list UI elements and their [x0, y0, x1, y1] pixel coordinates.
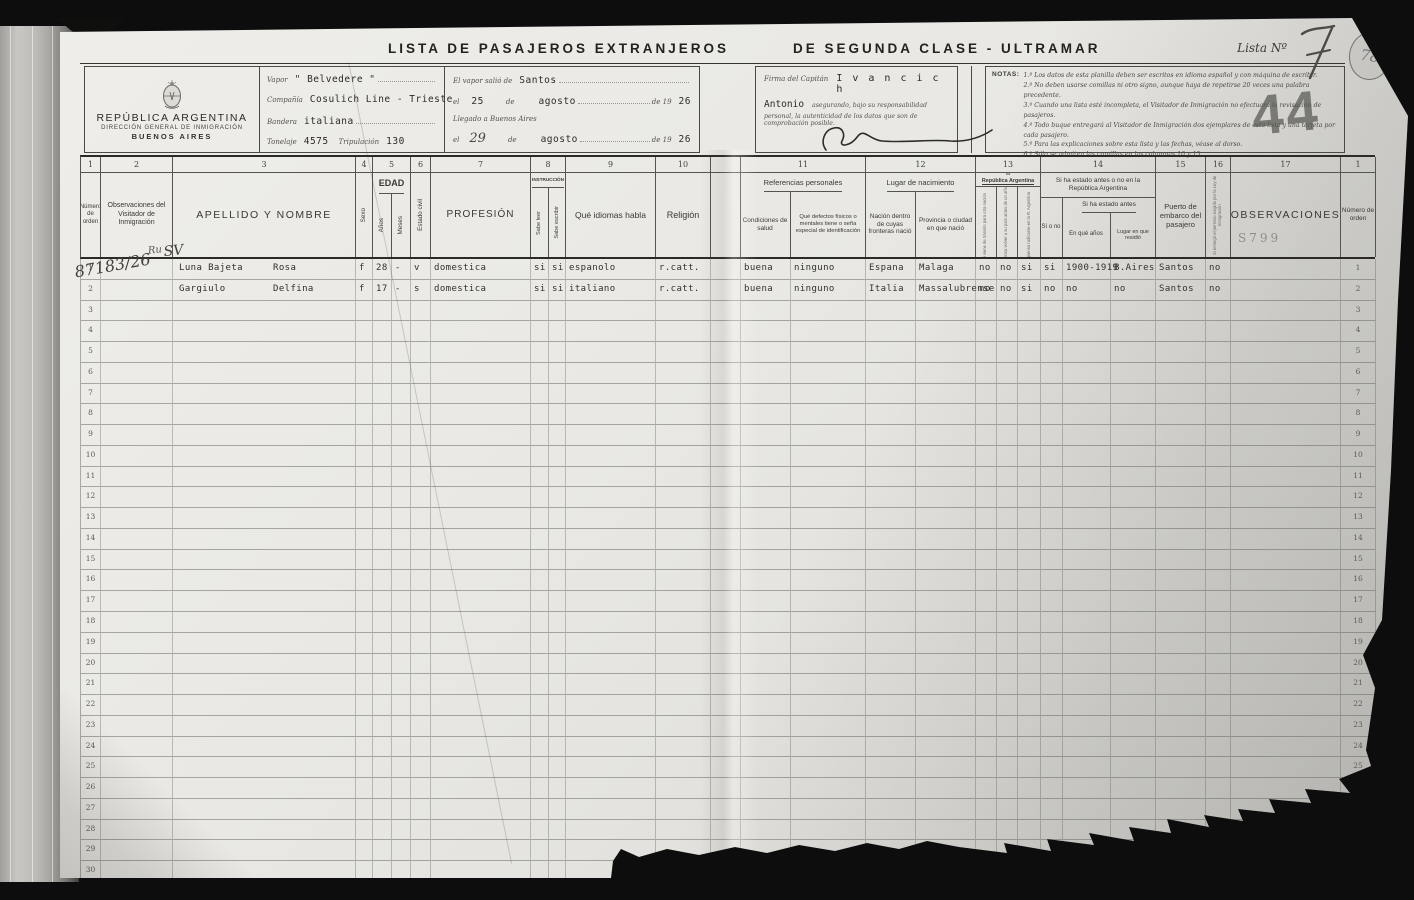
cell-lugar_resid — [1111, 550, 1156, 571]
cell-defectos — [791, 695, 866, 716]
cell-observaciones — [1231, 820, 1341, 841]
cell-c16 — [1206, 820, 1231, 841]
cell-order: 27 — [81, 799, 101, 820]
cell-p2 — [997, 467, 1018, 488]
cell-c16 — [1206, 570, 1231, 591]
cell-nacion — [866, 840, 916, 861]
cell-observaciones — [1231, 487, 1341, 508]
cell-nacion — [866, 737, 916, 758]
cell-meses — [392, 446, 411, 467]
cell-sexo — [356, 840, 373, 861]
cell-en_anos — [1063, 695, 1111, 716]
cell-profesion — [431, 695, 531, 716]
cell-lee — [531, 384, 549, 405]
cell-order2: 4 — [1341, 321, 1376, 342]
cell-nombre: Luna BajetaRosa — [173, 259, 356, 280]
cell-salud — [741, 550, 791, 571]
column-header-row: Número de orden Observaciones del Visita… — [80, 173, 1375, 259]
cell-obs — [101, 757, 173, 778]
cell-p1 — [976, 384, 997, 405]
cell-p3 — [1018, 591, 1041, 612]
cell-idiomas — [566, 446, 656, 467]
cell-profesion — [431, 716, 531, 737]
cell-escribe — [549, 321, 566, 342]
cell-p3 — [1018, 446, 1041, 467]
cell-idiomas — [566, 467, 656, 488]
cell-meses — [392, 778, 411, 799]
cell-p2 — [997, 342, 1018, 363]
cell-p2 — [997, 612, 1018, 633]
cell-meses — [392, 591, 411, 612]
cell-p3 — [1018, 404, 1041, 425]
cell-order: 20 — [81, 654, 101, 675]
cell-en_anos — [1063, 363, 1111, 384]
col-num-fold — [711, 157, 741, 173]
cell-observaciones — [1231, 363, 1341, 384]
cell-escribe — [549, 467, 566, 488]
cell-order2: 13 — [1341, 508, 1376, 529]
cell-order2: 2 — [1341, 280, 1376, 301]
cell-meses — [392, 384, 411, 405]
cell-p3 — [1018, 778, 1041, 799]
cell-order: 23 — [81, 716, 101, 737]
el-label-2: el — [453, 136, 459, 144]
lista-number-label: Lista Nº — [1237, 41, 1287, 55]
cell-lee — [531, 446, 549, 467]
cell-idiomas: italiano — [566, 280, 656, 301]
cell-lugar_resid — [1111, 384, 1156, 405]
cell-salud — [741, 591, 791, 612]
cell-c16 — [1206, 321, 1231, 342]
cell-nombre — [173, 342, 356, 363]
cell-p2 — [997, 363, 1018, 384]
cell-c16 — [1206, 695, 1231, 716]
cell-sexo — [356, 529, 373, 550]
cell-p1 — [976, 508, 997, 529]
cell-nacion — [866, 487, 916, 508]
cell-nacion — [866, 363, 916, 384]
cell-profesion — [431, 363, 531, 384]
cell-sexo — [356, 342, 373, 363]
cell-anos — [373, 301, 392, 322]
cell-en_anos — [1063, 820, 1111, 841]
cell-idiomas — [566, 612, 656, 633]
cell-profesion — [431, 487, 531, 508]
captain-resp1: asegurando, bajo su responsabilidad — [812, 102, 927, 109]
cell-estado — [411, 633, 431, 654]
cell-profesion — [431, 861, 531, 882]
cell-nacion — [866, 820, 916, 841]
captain-surname: I v a n c i c h — [836, 73, 949, 95]
cell-meses — [392, 840, 411, 861]
cell-estado — [411, 820, 431, 841]
cell-p2: no — [997, 280, 1018, 301]
cell-anos — [373, 799, 392, 820]
cell-estuvo — [1041, 570, 1063, 591]
cell-c16 — [1206, 363, 1231, 384]
cell-en_anos — [1063, 487, 1111, 508]
cell-defectos — [791, 778, 866, 799]
org-city: BUENOS AIRES — [132, 132, 213, 141]
cell-anos — [373, 695, 392, 716]
cell-order2: 25 — [1341, 757, 1376, 778]
cell-escribe — [549, 612, 566, 633]
cell-anos — [373, 654, 392, 675]
cell-p2 — [997, 674, 1018, 695]
cell-c16 — [1206, 654, 1231, 675]
cell-nacion — [866, 384, 916, 405]
cell-defectos: ninguno — [791, 259, 866, 280]
cell-sexo — [356, 301, 373, 322]
llegada-day-handwritten: 29 — [469, 131, 486, 146]
cell-order2: 8 — [1341, 404, 1376, 425]
col-num: 10 — [656, 157, 711, 173]
cell-idiomas — [566, 716, 656, 737]
table-row: 1Luna BajetaRosaf28-vdomesticasisiespano… — [81, 259, 1375, 280]
cell-meses — [392, 820, 411, 841]
cell-anos — [373, 529, 392, 550]
cell-p2 — [997, 404, 1018, 425]
compania-label: Compañía — [267, 96, 303, 104]
de-label-2: de — [508, 136, 517, 144]
cell-fold — [711, 799, 741, 820]
cell-provincia — [916, 342, 976, 363]
cell-salud — [741, 861, 791, 882]
cell-escribe — [549, 508, 566, 529]
cell-nacion — [866, 425, 916, 446]
cell-meses — [392, 654, 411, 675]
cell-p1 — [976, 612, 997, 633]
cell-c16 — [1206, 861, 1231, 882]
cell-escribe — [549, 301, 566, 322]
cell-lugar_resid — [1111, 591, 1156, 612]
cell-escribe — [549, 654, 566, 675]
cell-idiomas — [566, 508, 656, 529]
cell-idiomas — [566, 778, 656, 799]
cell-obs — [101, 446, 173, 467]
cell-order: 24 — [81, 737, 101, 758]
cell-nacion — [866, 674, 916, 695]
cell-c16 — [1206, 737, 1231, 758]
cell-profesion — [431, 737, 531, 758]
cell-salud — [741, 570, 791, 591]
cell-p1 — [976, 363, 997, 384]
cell-p2 — [997, 820, 1018, 841]
cell-p3 — [1018, 529, 1041, 550]
cell-lee — [531, 467, 549, 488]
cell-estado — [411, 363, 431, 384]
cell-puerto — [1156, 716, 1206, 737]
cell-profesion — [431, 570, 531, 591]
cell-estuvo — [1041, 446, 1063, 467]
cell-escribe — [549, 487, 566, 508]
cell-idiomas — [566, 384, 656, 405]
cell-anos — [373, 861, 392, 882]
cell-salud — [741, 446, 791, 467]
cell-defectos — [791, 570, 866, 591]
cell-estado — [411, 612, 431, 633]
cell-lee — [531, 550, 549, 571]
cell-profesion — [431, 529, 531, 550]
cell-idiomas: espanolo — [566, 259, 656, 280]
cell-sexo — [356, 487, 373, 508]
cell-religion — [656, 778, 711, 799]
cell-profesion — [431, 840, 531, 861]
cell-escribe — [549, 757, 566, 778]
cell-estado — [411, 840, 431, 861]
cell-puerto — [1156, 550, 1206, 571]
cell-escribe — [549, 778, 566, 799]
cell-p1 — [976, 654, 997, 675]
cell-fold — [711, 695, 741, 716]
cell-c16 — [1206, 591, 1231, 612]
col-num: 8 — [531, 157, 566, 173]
cell-salud — [741, 342, 791, 363]
cell-obs — [101, 321, 173, 342]
cell-escribe — [549, 695, 566, 716]
cell-fold — [711, 633, 741, 654]
cell-estado — [411, 404, 431, 425]
cell-lugar_resid — [1111, 363, 1156, 384]
cell-nombre — [173, 301, 356, 322]
cell-salud — [741, 508, 791, 529]
cell-lee — [531, 820, 549, 841]
cell-idiomas — [566, 342, 656, 363]
cell-p1 — [976, 342, 997, 363]
cell-estuvo: si — [1041, 259, 1063, 280]
cell-lee: si — [531, 280, 549, 301]
cell-lee — [531, 778, 549, 799]
col-header-anos: Años — [373, 194, 392, 257]
cell-nombre — [173, 778, 356, 799]
cell-provincia — [916, 467, 976, 488]
cell-religion — [656, 612, 711, 633]
captain-signature — [812, 114, 997, 158]
cell-meses — [392, 487, 411, 508]
cell-estuvo — [1041, 674, 1063, 695]
cell-nacion — [866, 654, 916, 675]
table-row: 66 — [81, 363, 1375, 384]
cell-fold — [711, 778, 741, 799]
col-header-estado-civil: Estado civil — [411, 173, 431, 257]
cell-nombre — [173, 695, 356, 716]
cell-lugar_resid — [1111, 529, 1156, 550]
cell-en_anos — [1063, 778, 1111, 799]
passenger-table: 1 2 3 4 5 6 7 8 9 10 11 12 13 14 15 16 1… — [80, 155, 1375, 882]
cell-escribe — [549, 674, 566, 695]
cell-anos — [373, 446, 392, 467]
llegada-month: agosto — [541, 134, 578, 145]
de-label: de — [506, 98, 515, 106]
cell-c16 — [1206, 674, 1231, 695]
cell-en_anos: no — [1063, 280, 1111, 301]
cell-salud — [741, 301, 791, 322]
cell-sexo — [356, 550, 373, 571]
cell-religion — [656, 467, 711, 488]
tripulacion-value: 130 — [386, 136, 405, 147]
col-num: 11 — [741, 157, 866, 173]
cell-order2: 27 — [1341, 799, 1376, 820]
cell-estuvo — [1041, 840, 1063, 861]
cell-idiomas — [566, 674, 656, 695]
cell-meses — [392, 363, 411, 384]
cell-provincia — [916, 861, 976, 882]
table-row: 2323 — [81, 716, 1375, 737]
cell-sexo — [356, 321, 373, 342]
cell-lee — [531, 654, 549, 675]
cell-obs — [101, 529, 173, 550]
col-num: 1 — [1341, 157, 1376, 173]
col-header-religion: Religión — [656, 173, 711, 257]
cell-lugar_resid — [1111, 508, 1156, 529]
scanned-passenger-list-spread: LISTA DE PASAJEROS EXTRANJEROS DE SEGUND… — [0, 0, 1414, 900]
cell-escribe — [549, 342, 566, 363]
cell-estado — [411, 342, 431, 363]
cell-lugar_resid — [1111, 778, 1156, 799]
cell-order2: 19 — [1341, 633, 1376, 654]
cell-salud — [741, 467, 791, 488]
cell-lugar_resid — [1111, 301, 1156, 322]
cell-provincia — [916, 384, 976, 405]
cell-p2 — [997, 384, 1018, 405]
cell-escribe — [549, 591, 566, 612]
table-row: 99 — [81, 425, 1375, 446]
cell-c16 — [1206, 508, 1231, 529]
cell-c16 — [1206, 425, 1231, 446]
cell-salud — [741, 529, 791, 550]
cell-observaciones — [1231, 529, 1341, 550]
cell-estuvo — [1041, 321, 1063, 342]
cell-estuvo — [1041, 487, 1063, 508]
cell-profesion — [431, 757, 531, 778]
col-header-orden-right: Número de orden — [1341, 173, 1376, 257]
cell-estuvo — [1041, 529, 1063, 550]
cell-profesion — [431, 550, 531, 571]
cell-sexo — [356, 716, 373, 737]
cell-estuvo — [1041, 716, 1063, 737]
cell-p3 — [1018, 799, 1041, 820]
cell-meses — [392, 529, 411, 550]
page-edge-line — [10, 26, 11, 882]
cell-lee — [531, 861, 549, 882]
cell-fold — [711, 384, 741, 405]
cell-estado — [411, 799, 431, 820]
cell-order2: 5 — [1341, 342, 1376, 363]
cell-escribe — [549, 425, 566, 446]
cell-defectos — [791, 654, 866, 675]
page-title-right: DE SEGUNDA CLASE - ULTRAMAR — [793, 41, 1101, 56]
cell-lugar_resid — [1111, 487, 1156, 508]
cell-lugar_resid — [1111, 342, 1156, 363]
cell-defectos — [791, 342, 866, 363]
cell-obs — [101, 840, 173, 861]
cell-p3 — [1018, 570, 1041, 591]
cell-c16: no — [1206, 280, 1231, 301]
cell-meses — [392, 695, 411, 716]
cell-p2 — [997, 695, 1018, 716]
cell-lugar_resid — [1111, 799, 1156, 820]
cell-anos — [373, 487, 392, 508]
cell-sexo: f — [356, 259, 373, 280]
cell-puerto — [1156, 840, 1206, 861]
cell-p2: no — [997, 259, 1018, 280]
cell-provincia — [916, 799, 976, 820]
cell-defectos — [791, 633, 866, 654]
cell-salud — [741, 321, 791, 342]
cell-defectos — [791, 716, 866, 737]
cell-meses — [392, 321, 411, 342]
cell-idiomas — [566, 840, 656, 861]
cell-lugar_resid — [1111, 674, 1156, 695]
cell-anos — [373, 384, 392, 405]
pencil-note: Ru — [147, 244, 162, 256]
col-num: 15 — [1156, 157, 1206, 173]
cell-lee — [531, 529, 549, 550]
cell-c16 — [1206, 716, 1231, 737]
cell-lee — [531, 633, 549, 654]
cell-sexo — [356, 820, 373, 841]
cell-obs — [101, 778, 173, 799]
cell-defectos — [791, 529, 866, 550]
table-row: 44 — [81, 321, 1375, 342]
cell-obs — [101, 467, 173, 488]
cell-nacion — [866, 799, 916, 820]
cell-observaciones — [1231, 861, 1341, 882]
cell-nacion — [866, 321, 916, 342]
cell-order2: 10 — [1341, 446, 1376, 467]
salio-day: 25 — [471, 96, 483, 107]
cell-meses — [392, 612, 411, 633]
cell-lee — [531, 425, 549, 446]
cell-fold — [711, 591, 741, 612]
cell-lee — [531, 799, 549, 820]
cell-nombre — [173, 363, 356, 384]
cell-order2: 23 — [1341, 716, 1376, 737]
cell-p1: no — [976, 280, 997, 301]
cell-estuvo — [1041, 384, 1063, 405]
cell-p2 — [997, 487, 1018, 508]
cell-estuvo — [1041, 342, 1063, 363]
cell-obs — [101, 654, 173, 675]
cell-p3 — [1018, 301, 1041, 322]
cell-estado — [411, 384, 431, 405]
col-header-apellido: APELLIDO Y NOMBRE — [173, 173, 356, 257]
cell-meses — [392, 799, 411, 820]
cell-observaciones — [1231, 446, 1341, 467]
cell-anos — [373, 404, 392, 425]
cell-puerto: Santos — [1156, 280, 1206, 301]
cell-profesion — [431, 778, 531, 799]
cell-puerto — [1156, 633, 1206, 654]
cell-p1 — [976, 570, 997, 591]
cell-en_anos: 1900-1919 — [1063, 259, 1111, 280]
cell-order: 4 — [81, 321, 101, 342]
cell-religion — [656, 570, 711, 591]
cell-salud — [741, 799, 791, 820]
cell-profesion — [431, 674, 531, 695]
cell-defectos — [791, 404, 866, 425]
cell-meses: - — [392, 259, 411, 280]
cell-provincia — [916, 529, 976, 550]
salio-month: agosto — [538, 96, 575, 107]
cell-sexo — [356, 757, 373, 778]
cell-idiomas — [566, 633, 656, 654]
cell-p1 — [976, 695, 997, 716]
cell-sexo — [356, 570, 373, 591]
cell-defectos — [791, 508, 866, 529]
cell-order: 28 — [81, 820, 101, 841]
cell-puerto — [1156, 342, 1206, 363]
